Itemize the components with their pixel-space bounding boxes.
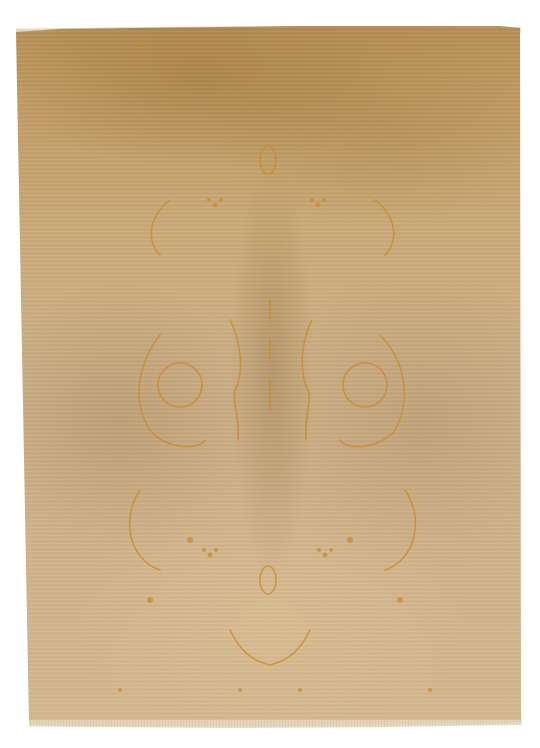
rug-motifs <box>0 0 540 748</box>
bottom-center-ornament <box>260 566 276 594</box>
top-center-ornament <box>260 146 276 174</box>
left-medallion <box>158 363 202 407</box>
right-medallion <box>343 363 387 407</box>
rug-photo <box>0 0 540 748</box>
